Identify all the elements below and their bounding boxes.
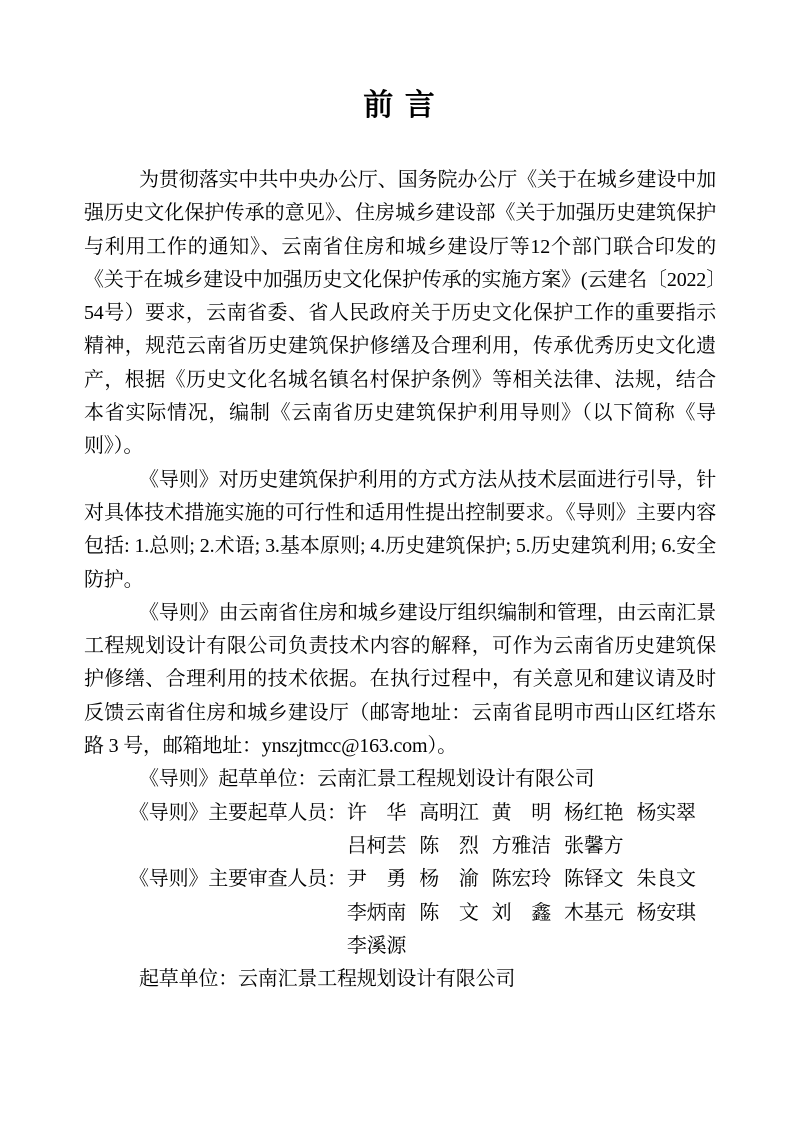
person-name: 朱良文	[636, 863, 695, 896]
person-name: 李炳南	[347, 897, 406, 930]
footer-drafting-unit-line: 起草单位：云南汇景工程规划设计有限公司	[84, 963, 716, 996]
person-name: 许 华	[347, 797, 406, 830]
drafters-label: 《导则》主要起草人员：	[129, 797, 347, 830]
person-name: 杨 渝	[419, 863, 478, 896]
person-name: 陈 烈	[419, 830, 478, 863]
person-name: 吕柯芸	[347, 830, 406, 863]
person-name: 陈铎文	[564, 863, 623, 896]
page-content: 前 言 为贯彻落实中共中央办公厅、国务院办公厅《关于在城乡建设中加强历史文化保护…	[0, 0, 800, 996]
person-name: 杨实翠	[636, 797, 695, 830]
person-name: 杨安琪	[636, 897, 695, 930]
person-name: 李溪源	[347, 930, 406, 963]
drafters-row: 许 华 高明江 黄 明 杨红艳 杨实翠	[347, 797, 696, 830]
person-name: 黄 明	[492, 797, 551, 830]
person-name: 尹 勇	[347, 863, 406, 896]
person-name: 木基元	[564, 897, 623, 930]
person-name: 杨红艳	[564, 797, 623, 830]
document-page: 前 言 为贯彻落实中共中央办公厅、国务院办公厅《关于在城乡建设中加强历史文化保护…	[0, 0, 800, 1132]
reviewers-row: 尹 勇 杨 渝 陈宏玲 陈铎文 朱良文	[347, 863, 696, 896]
person-name: 方雅洁	[492, 830, 551, 863]
person-name: 陈宏玲	[492, 863, 551, 896]
drafting-unit-line: 《导则》起草单位：云南汇景工程规划设计有限公司	[84, 763, 716, 796]
person-name: 刘 鑫	[492, 897, 551, 930]
person-name: 陈 文	[419, 897, 478, 930]
drafters-names: 许 华 高明江 黄 明 杨红艳 杨实翠 吕柯芸 陈 烈 方雅洁 张馨方	[347, 797, 696, 864]
drafters-block: 《导则》主要起草人员： 许 华 高明江 黄 明 杨红艳 杨实翠 吕柯芸 陈 烈 …	[84, 797, 716, 864]
person-name: 张馨方	[564, 830, 623, 863]
paragraph-intro: 为贯彻落实中共中央办公厅、国务院办公厅《关于在城乡建设中加强历史文化保护传承的意…	[84, 164, 716, 464]
reviewers-block: 《导则》主要审查人员： 尹 勇 杨 渝 陈宏玲 陈铎文 朱良文 李炳南 陈 文 …	[84, 863, 716, 963]
person-name: 高明江	[419, 797, 478, 830]
reviewers-names: 尹 勇 杨 渝 陈宏玲 陈铎文 朱良文 李炳南 陈 文 刘 鑫 木基元 杨安琪 …	[347, 863, 696, 963]
page-title: 前 言	[84, 86, 716, 126]
reviewers-row: 李炳南 陈 文 刘 鑫 木基元 杨安琪	[347, 897, 696, 930]
reviewers-row: 李溪源	[347, 930, 696, 963]
paragraph-scope: 《导则》对历史建筑保护利用的方式方法从技术层面进行引导，针对具体技术措施实施的可…	[84, 464, 716, 597]
paragraph-management: 《导则》由云南省住房和城乡建设厅组织编制和管理，由云南汇景工程规划设计有限公司负…	[84, 597, 716, 763]
drafters-row: 吕柯芸 陈 烈 方雅洁 张馨方	[347, 830, 696, 863]
reviewers-label: 《导则》主要审查人员：	[129, 863, 347, 896]
